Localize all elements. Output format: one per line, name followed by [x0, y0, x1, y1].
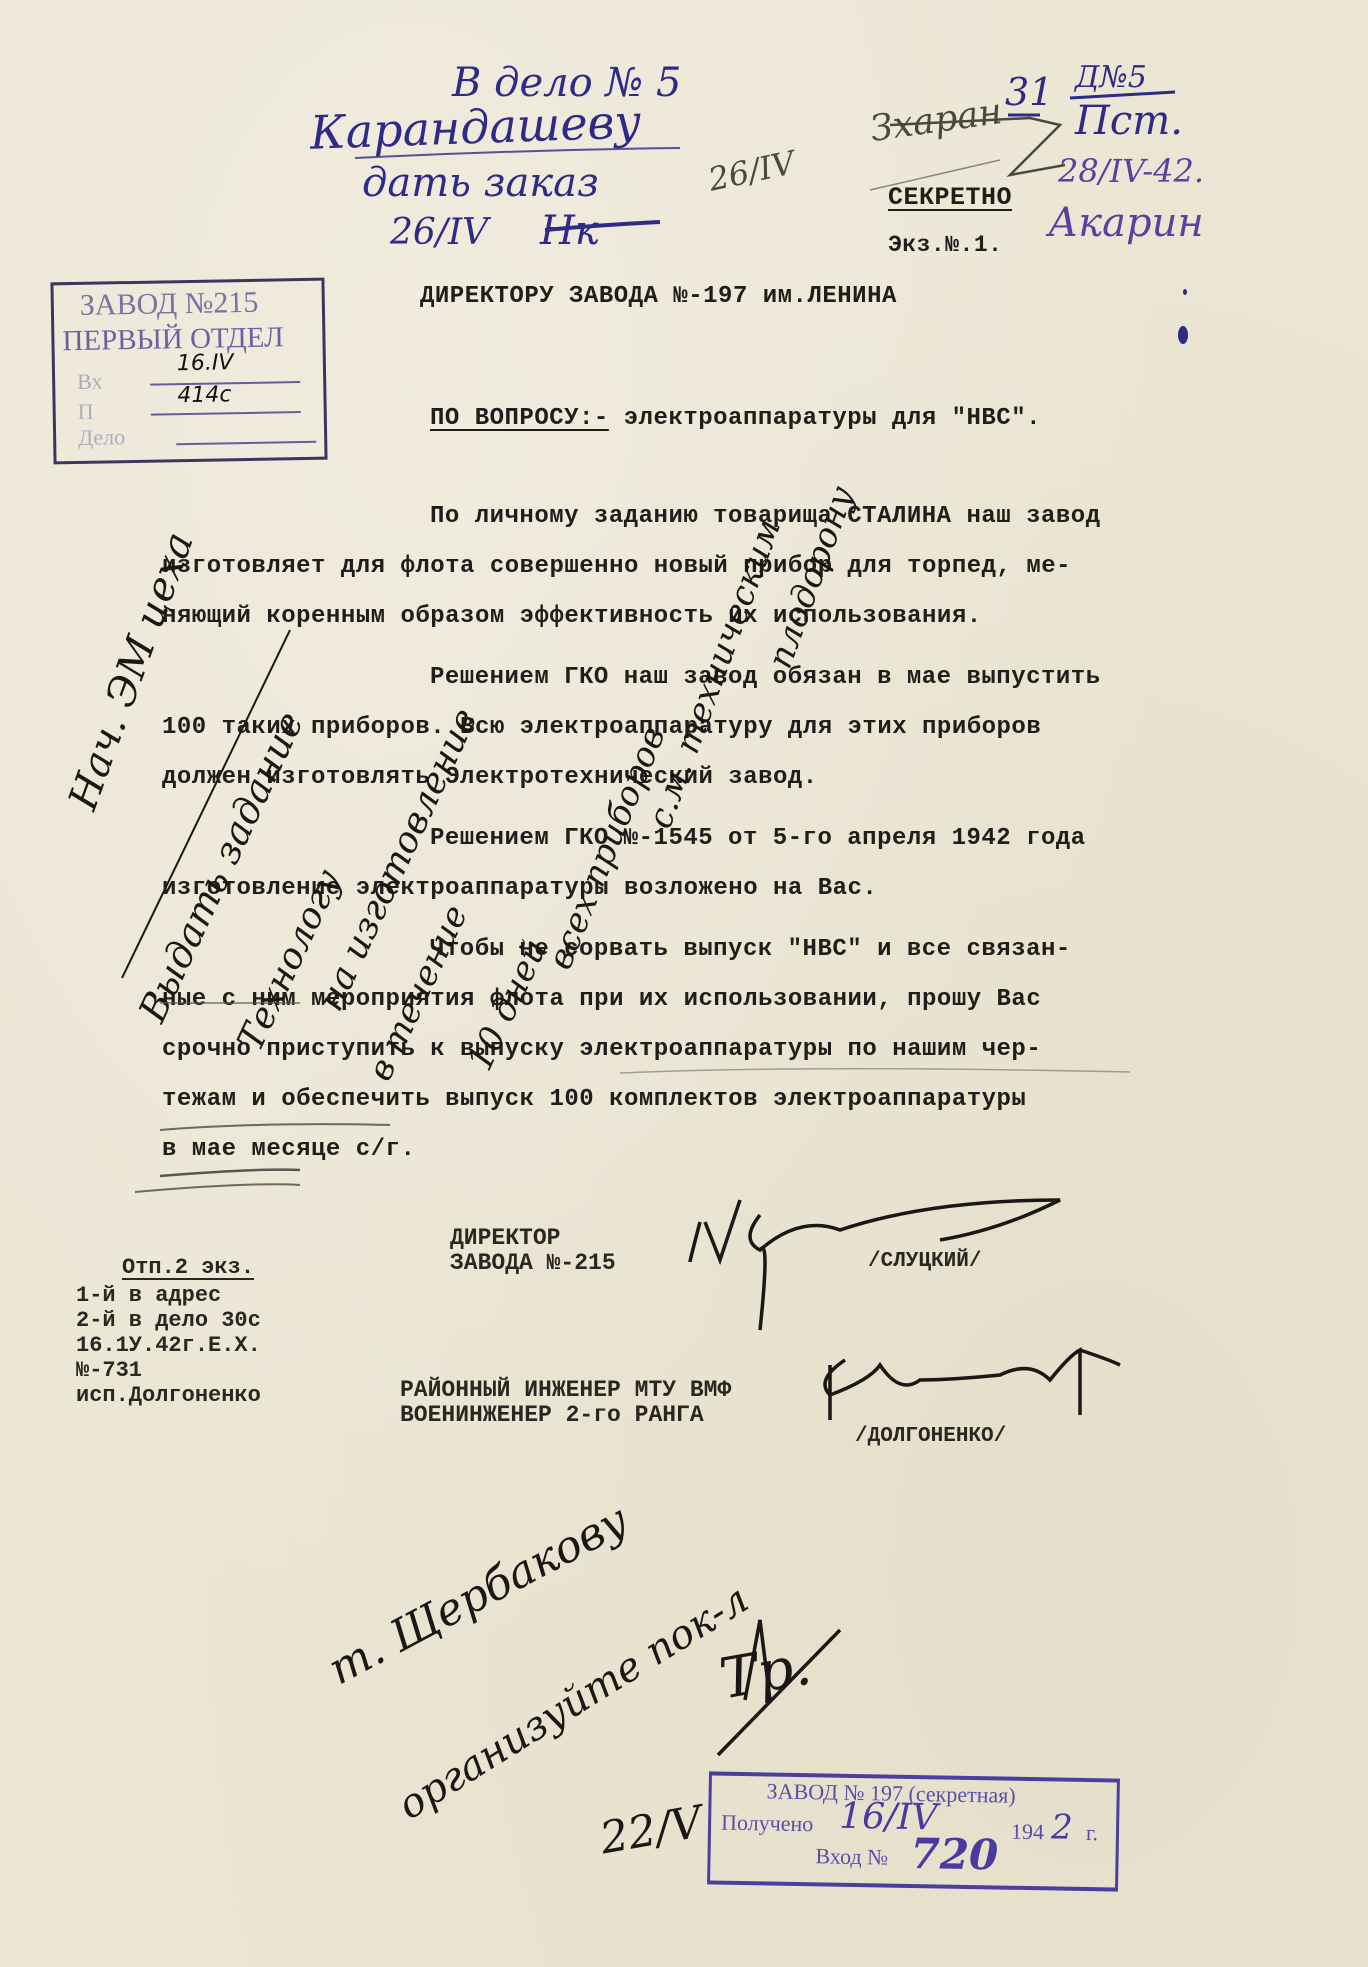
body-line-13: в мае месяце с/г.	[162, 1136, 415, 1163]
stamp2-received-label: Получено	[721, 1810, 814, 1838]
body-line-12: тежам и обеспечить выпуск 100 комплектов…	[162, 1086, 1026, 1113]
signer1-title-line2: ЗАВОДА №-215	[450, 1250, 616, 1276]
body-line-3: няющий коренным образом эффективность их…	[162, 603, 982, 630]
annotation-date-28-iv-42: 28/IV-42.	[1058, 152, 1204, 190]
distribution-line-4: №-731	[76, 1358, 261, 1383]
distribution-line-3: 16.1У.42г.Е.Х.	[76, 1333, 261, 1358]
distribution-line-1: 1-й в адрес	[76, 1283, 261, 1308]
stamp-row2-label: П	[77, 399, 93, 425]
stamp-row2-line	[151, 411, 301, 416]
annotation-date-26-iv: 26/IV	[390, 212, 488, 253]
copy-number: Экз.№.1.	[888, 232, 1002, 258]
addressee: ДИРЕКТОРУ ЗАВОДА №-197 им.ЛЕНИНА	[420, 283, 897, 310]
stamp2-entry-label: Вход №	[815, 1843, 888, 1870]
annotation-number-31: 31	[1005, 70, 1053, 114]
stamp-title: ЗАВОД №215	[80, 286, 259, 323]
signer1-title-line1: ДИРЕКТОР	[450, 1225, 560, 1251]
distribution-lines: 1-й в адрес 2-й в дело 30с 16.1У.42г.Е.Х…	[76, 1283, 261, 1408]
signer2-title-line1: РАЙОННЫЙ ИНЖЕНЕР МТУ ВМФ	[400, 1377, 731, 1403]
signer1-name: /СЛУЦКИЙ/	[868, 1250, 981, 1273]
stamp-row3-line	[176, 441, 316, 445]
distribution-line-2: 2-й в дело 30с	[76, 1308, 261, 1333]
body-line-4: Решением ГКО наш завод обязан в мае выпу…	[430, 664, 1101, 691]
stamp-subtitle: ПЕРВЫЙ ОТДЕЛ	[62, 321, 284, 358]
subject-line: ПО ВОПРОСУ:- электроаппаратуры для "НВС"…	[430, 405, 1041, 432]
stamp-row1-value: 16.IV	[177, 350, 234, 376]
stamp-zavod-215: ЗАВОД №215 ПЕРВЫЙ ОТДЕЛ Вх 16.IV П 414с …	[50, 278, 327, 465]
distribution-line-5: исп.Долгоненко	[76, 1383, 261, 1408]
annotation-pst: Пст.	[1075, 98, 1183, 144]
subject-text: электроаппаратуры для "НВС".	[624, 405, 1041, 432]
annotation-dat-zakaz: дать заказ	[362, 160, 599, 206]
classification-label: СЕКРЕТНО	[888, 183, 1012, 212]
distribution-header: Отп.2 экз.	[122, 1255, 254, 1280]
stamp-row1-label: Вх	[77, 369, 103, 395]
body-line-11: срочно приступить к выпуску электроаппар…	[162, 1036, 1041, 1063]
stamp2-entry-number: 720	[910, 1829, 999, 1880]
stamp-zavod-197-received: ЗАВОД № 197 (секретная) Получено 16/IV 1…	[707, 1771, 1120, 1891]
annotation-initials: Нк	[540, 208, 599, 254]
body-line-7: Решением ГКО №-1545 от 5-го апреля 1942 …	[430, 825, 1086, 852]
annotation-signature-akarin: Акарин	[1048, 200, 1204, 246]
stamp2-year-prefix: 194	[1011, 1819, 1044, 1846]
body-line-2: изготовляет для флота совершенно новый п…	[162, 553, 1071, 580]
stamp2-year-suffix: 2	[1051, 1807, 1073, 1847]
subject-label: ПО ВОПРОСУ:-	[430, 405, 609, 432]
annotation-karandashevu: Карандашеву	[309, 94, 642, 160]
signer2-name: /ДОЛГОНЕНКО/	[855, 1425, 1006, 1448]
signer2-title-line2: ВОЕНИНЖЕНЕР 2-го РАНГА	[400, 1402, 704, 1428]
stamp-row2-value: 414с	[177, 382, 232, 408]
body-line-8: изготовление электроаппаратуры возложено…	[162, 875, 877, 902]
stamp-row3-label: Дело	[78, 424, 125, 451]
annotation-delo-5: Д№5	[1075, 60, 1147, 95]
stamp2-year-unit: г.	[1086, 1820, 1098, 1846]
